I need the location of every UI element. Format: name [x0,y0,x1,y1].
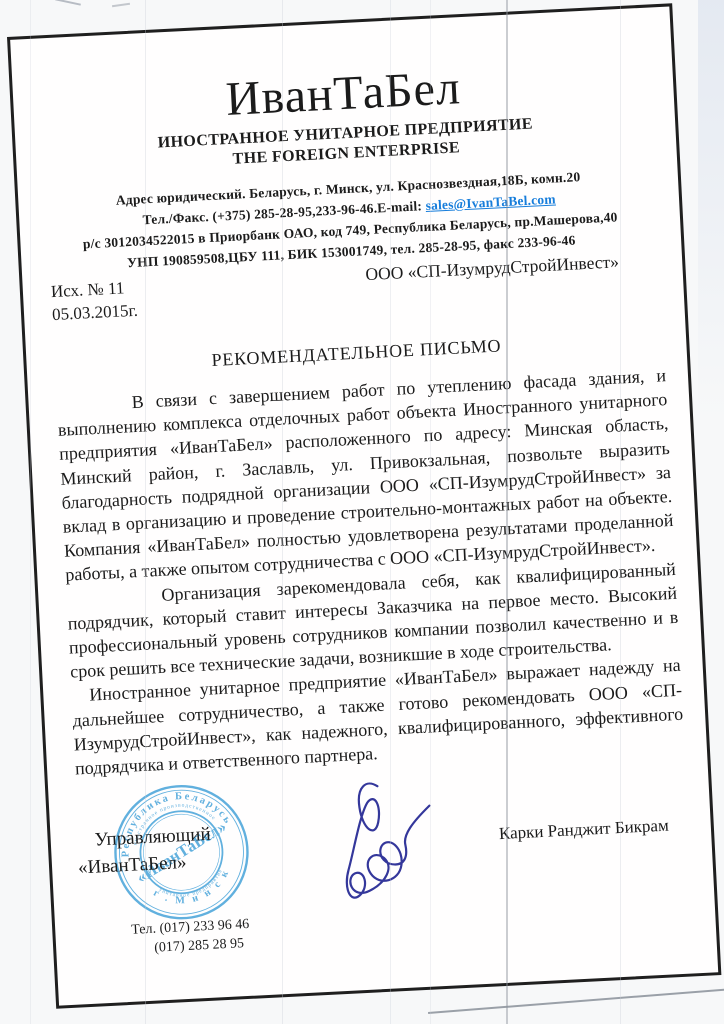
scan-edge-shadow [698,0,724,420]
scan-smudge [112,3,130,7]
scan-smudge [55,0,81,6]
signer-title: Управляющий «ИванТаБел» [76,821,213,882]
signer-phones: Тел. (017) 233 96 46 (017) 285 28 95 [131,915,251,959]
outgoing-reference: Исх. № 11 05.03.2015г. [50,276,138,326]
letter-page-border: ИванТаБел ИНОСТРАННОЕ УНИТАРНОЕ ПРЕДПРИЯ… [7,3,721,1008]
scan-page-edge-line [428,988,724,1014]
letterhead: ИванТаБел ИНОСТРАННОЕ УНИТАРНОЕ ПРЕДПРИЯ… [12,52,681,278]
letter-body: В связи с завершением работ по утеплению… [56,363,685,781]
body-paragraph-1: В связи с завершением работ по утеплению… [56,363,675,587]
signer-name: Карки Ранджит Бикрам [498,816,669,845]
scanned-letter-page: ИванТаБел ИНОСТРАННОЕ УНИТАРНОЕ ПРЕДПРИЯ… [0,0,724,1024]
handwritten-signature [330,773,442,918]
reference-date: 05.03.2015г. [52,299,139,326]
